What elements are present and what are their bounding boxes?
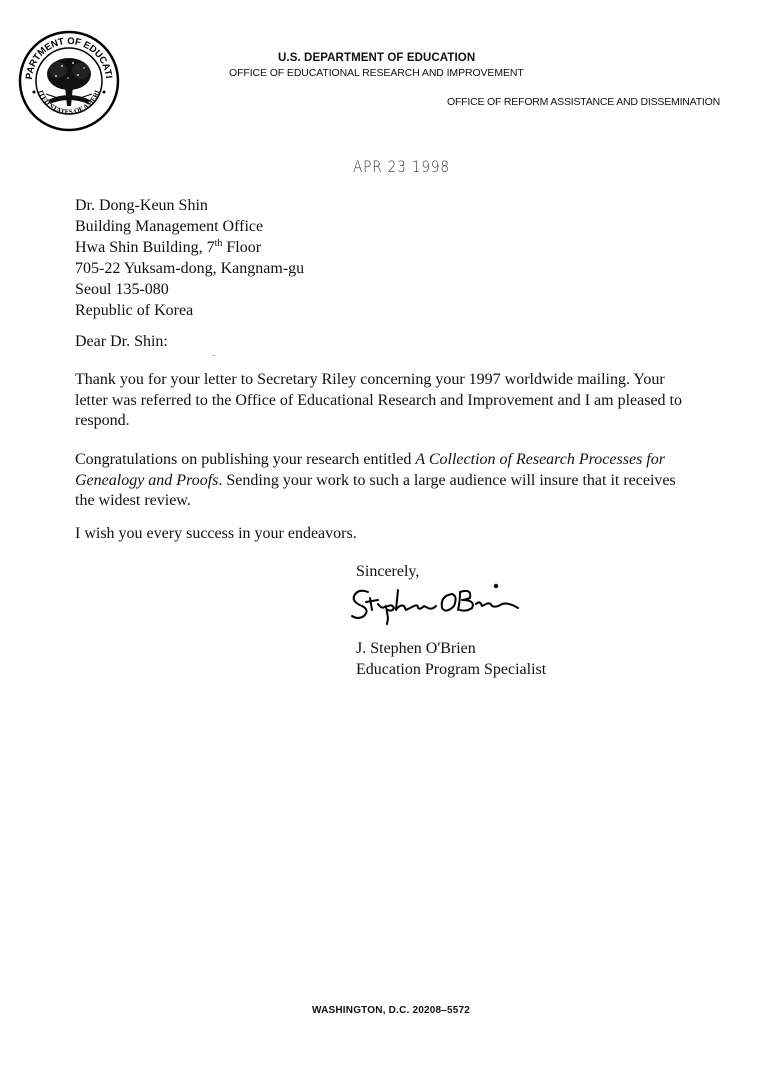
date-stamp: APR 23 1998 xyxy=(353,157,450,176)
department-seal-icon: DEPARTMENT OF EDUCATION UNITED STATES OF… xyxy=(18,30,120,132)
signatory-name: J. Stephen O'Brien xyxy=(356,639,546,660)
closing: Sincerely, xyxy=(356,563,419,581)
recipient-name: Dr. Dong-Keun Shin xyxy=(75,195,304,216)
signatory: J. Stephen O'Brien Education Program Spe… xyxy=(356,639,546,680)
sub-office-heading: OFFICE OF REFORM ASSISTANCE AND DISSEMIN… xyxy=(447,96,720,108)
signatory-title: Education Program Specialist xyxy=(356,660,546,681)
signature-icon xyxy=(348,580,528,625)
body-paragraph-2: Congratulations on publishing your resea… xyxy=(75,450,685,512)
scan-speck xyxy=(213,355,215,356)
body-paragraph-1: Thank you for your letter to Secretary R… xyxy=(75,370,685,432)
recipient-line: Republic of Korea xyxy=(75,300,304,321)
office-heading: OFFICE OF EDUCATIONAL RESEARCH AND IMPRO… xyxy=(229,67,524,79)
recipient-line: Hwa Shin Building, 7th Floor xyxy=(75,237,304,258)
recipient-address: Dr. Dong-Keun Shin Building Management O… xyxy=(75,195,304,321)
recipient-line: Seoul 135-080 xyxy=(75,279,304,300)
recipient-line: 705-22 Yuksam-dong, Kangnam-gu xyxy=(75,258,304,279)
salutation: Dear Dr. Shin: xyxy=(75,332,685,353)
recipient-line: Building Management Office xyxy=(75,216,304,237)
body-paragraph-3: I wish you every success in your endeavo… xyxy=(75,524,685,545)
